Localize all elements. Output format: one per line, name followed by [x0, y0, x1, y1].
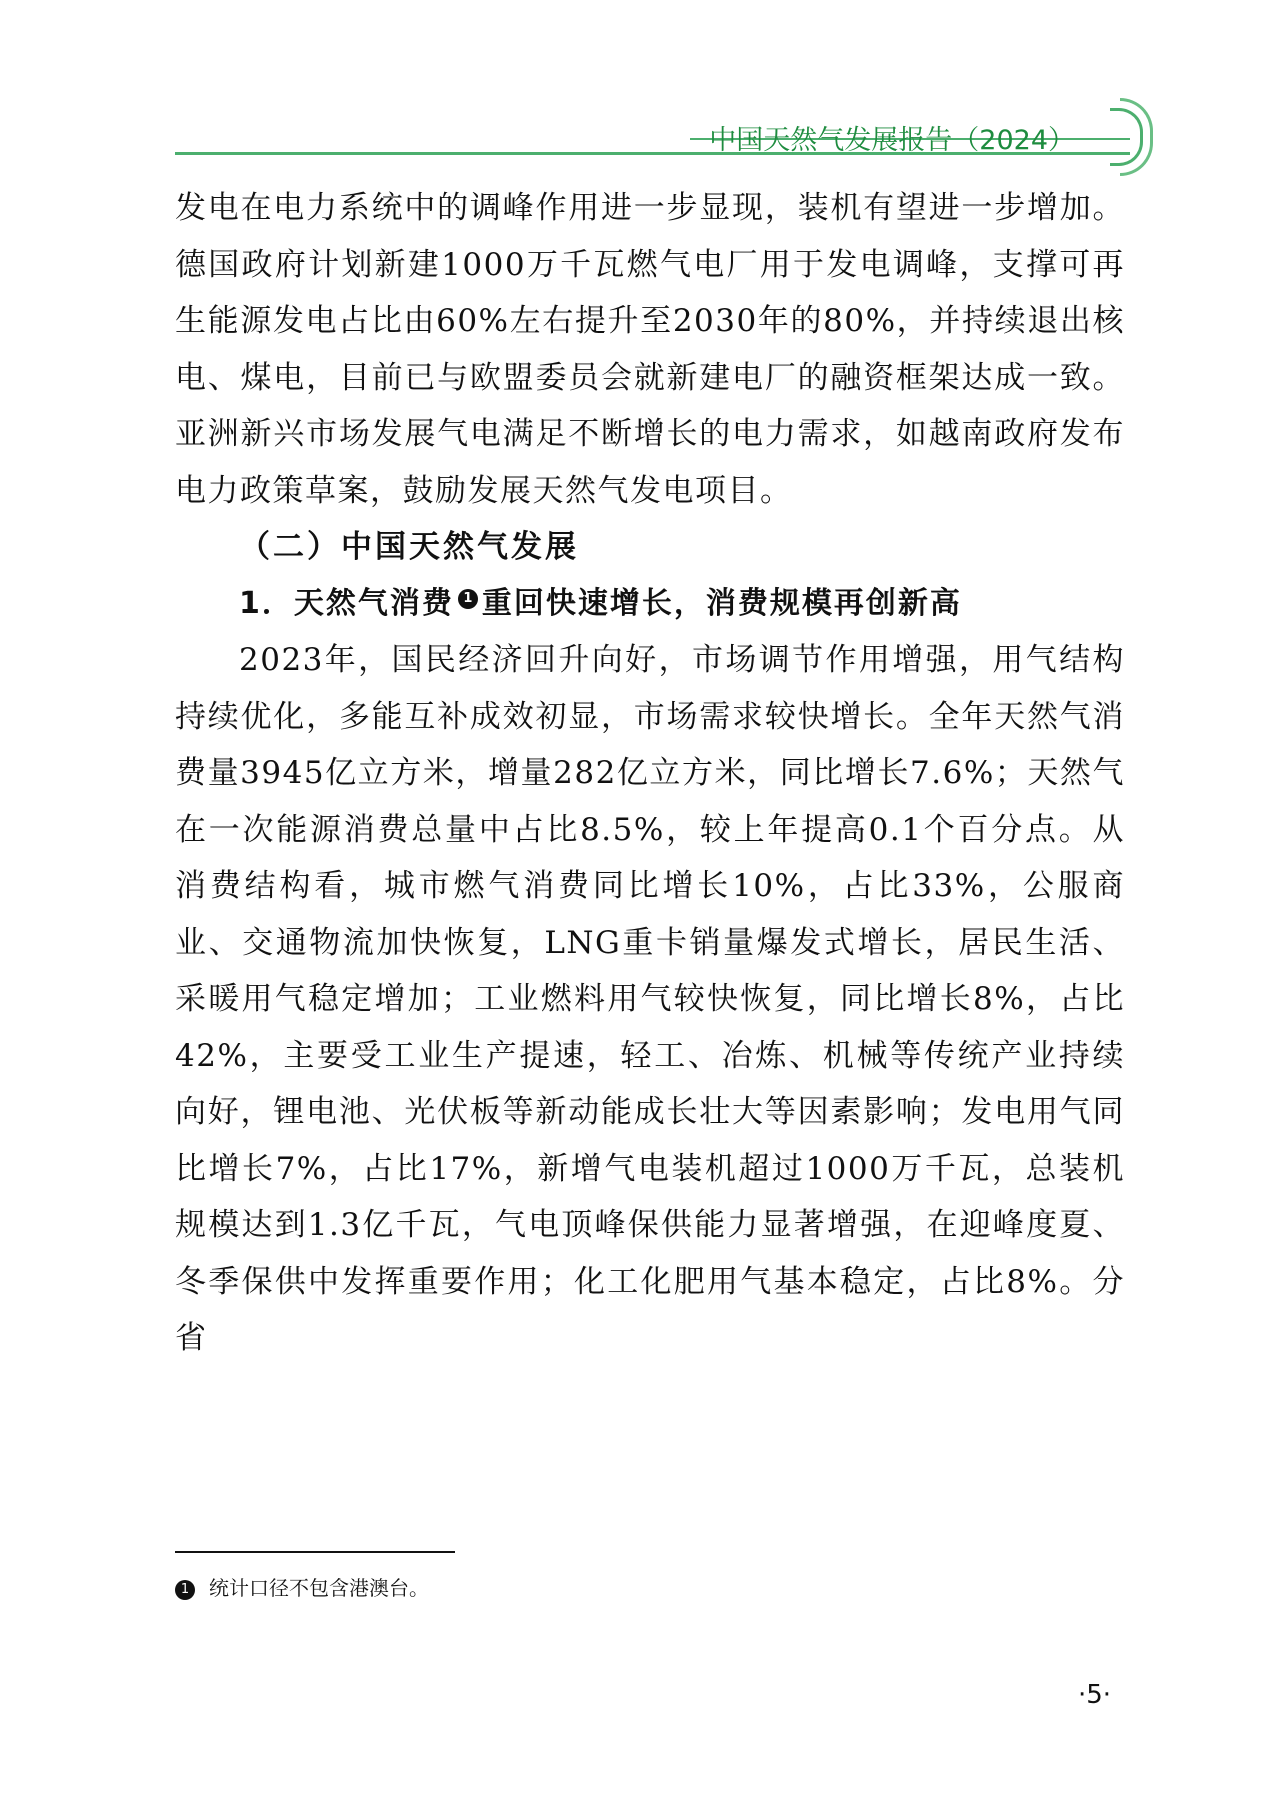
- body-paragraph: 2023年，国民经济回升向好，市场调节作用增强，用气结构持续优化，多能互补成效初…: [175, 632, 1125, 1367]
- body-paragraph: 发电在电力系统中的调峰作用进一步显现，装机有望进一步增加。德国政府计划新建100…: [175, 180, 1125, 519]
- running-header: 中国天然气发展报告（2024）: [175, 108, 1115, 158]
- footnote-text: 统计口径不包含港澳台。: [209, 1576, 429, 1600]
- subsection-heading-prefix: 1．天然气消费: [239, 586, 454, 621]
- page-number: ·5·: [1078, 1680, 1111, 1710]
- subsection-heading: 1．天然气消费1重回快速增长，消费规模再创新高: [175, 576, 1125, 633]
- subsection-heading-suffix: 重回快速增长，消费规模再创新高: [482, 586, 962, 621]
- section-heading: （二）中国天然气发展: [175, 519, 1125, 576]
- footnote-reference[interactable]: 1: [458, 589, 478, 609]
- header-bracket-outer-decoration: [1120, 98, 1153, 176]
- page-body: 发电在电力系统中的调峰作用进一步显现，装机有望进一步增加。德国政府计划新建100…: [175, 180, 1125, 1367]
- report-title: 中国天然气发展报告（2024）: [709, 118, 1075, 157]
- footnote-marker: 1: [175, 1580, 195, 1600]
- footnote-divider: [175, 1551, 455, 1553]
- footnote: 1统计口径不包含港澳台。: [175, 1572, 429, 1601]
